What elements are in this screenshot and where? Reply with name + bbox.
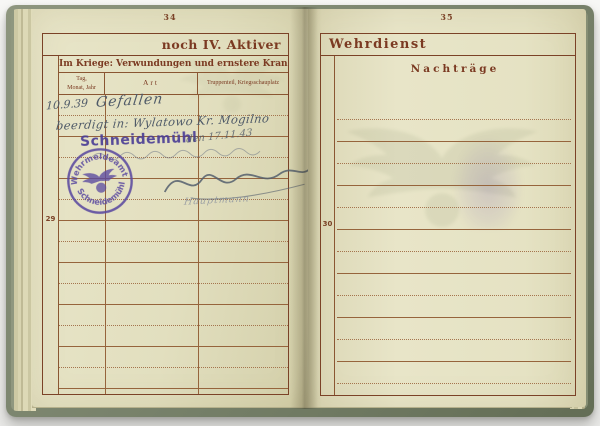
table-row [59,389,288,394]
table-row [59,179,288,200]
subheader: Nachträge [335,56,575,75]
nachtraege-lines [337,98,571,395]
ruled-line [337,186,571,208]
date-header-line1: Tag, [76,75,86,83]
table-row [59,284,288,305]
table-title: Im Kriege: Verwundungen und ernstere Kra… [59,56,288,73]
table-row [59,95,288,116]
column-header-art: Art [105,73,198,94]
table-body: 29 Im Kriege: Verwundungen und ernstere … [43,56,288,394]
left-page: 34 noch IV. Aktiver 29 Im Kriege: Verwun… [32,9,308,407]
sheet-margin-column: 30 [321,56,335,395]
table-row [59,221,288,242]
page-number-35: 35 [308,12,586,22]
ruled-line [337,384,571,395]
entry-rows [59,95,288,394]
column-header-row: Tag, Monat, Jahr Art Truppenteil, Kriegs… [59,73,288,95]
column-header-date: Tag, Monat, Jahr [59,73,105,94]
column-divider [105,95,106,394]
section-header: noch IV. Aktiver [43,34,288,56]
ruled-line [337,274,571,296]
ruled-line [337,142,571,164]
table-main: Nachträge [335,56,575,395]
table-row [59,326,288,347]
photo-of-wehrpass: 34 noch IV. Aktiver 29 Im Kriege: Verwun… [0,0,600,426]
wounds-table: noch IV. Aktiver 29 Im Kriege: Verwundun… [42,33,289,395]
ruled-line [337,362,571,384]
table-row [59,200,288,221]
date-header-line2: Monat, Jahr [67,84,96,92]
ruled-line [337,230,571,252]
table-body: 30 Nachträge [321,56,575,395]
table-row [59,137,288,158]
ruled-line [337,120,571,142]
open-book: 34 noch IV. Aktiver 29 Im Kriege: Verwun… [6,5,594,417]
table-row [59,305,288,326]
table-row [59,368,288,389]
column-divider [198,95,199,394]
section-header: Wehrdienst [321,34,575,56]
ruled-line [337,208,571,230]
sheet-number-29: 29 [43,215,58,223]
table-row [59,116,288,137]
page-number-34: 34 [32,12,308,22]
sheet-number-30: 30 [321,220,334,228]
table-row [59,263,288,284]
nachtraege-table: Wehrdienst 30 Nachträge [320,33,576,396]
table-row [59,347,288,368]
ruled-line [337,340,571,362]
ruled-line [337,296,571,318]
right-page: 35 Wehrdienst 30 Nachträge [308,9,586,407]
ruled-line [337,318,571,340]
table-main: Im Kriege: Verwundungen und ernstere Kra… [59,56,288,394]
ruled-line [337,252,571,274]
ruled-line [337,164,571,186]
ruled-line [337,98,571,120]
table-row [59,242,288,263]
sheet-margin-column: 29 [43,56,59,394]
table-row [59,158,288,179]
column-header-unit: Truppenteil, Kriegsschauplatz [198,73,288,94]
